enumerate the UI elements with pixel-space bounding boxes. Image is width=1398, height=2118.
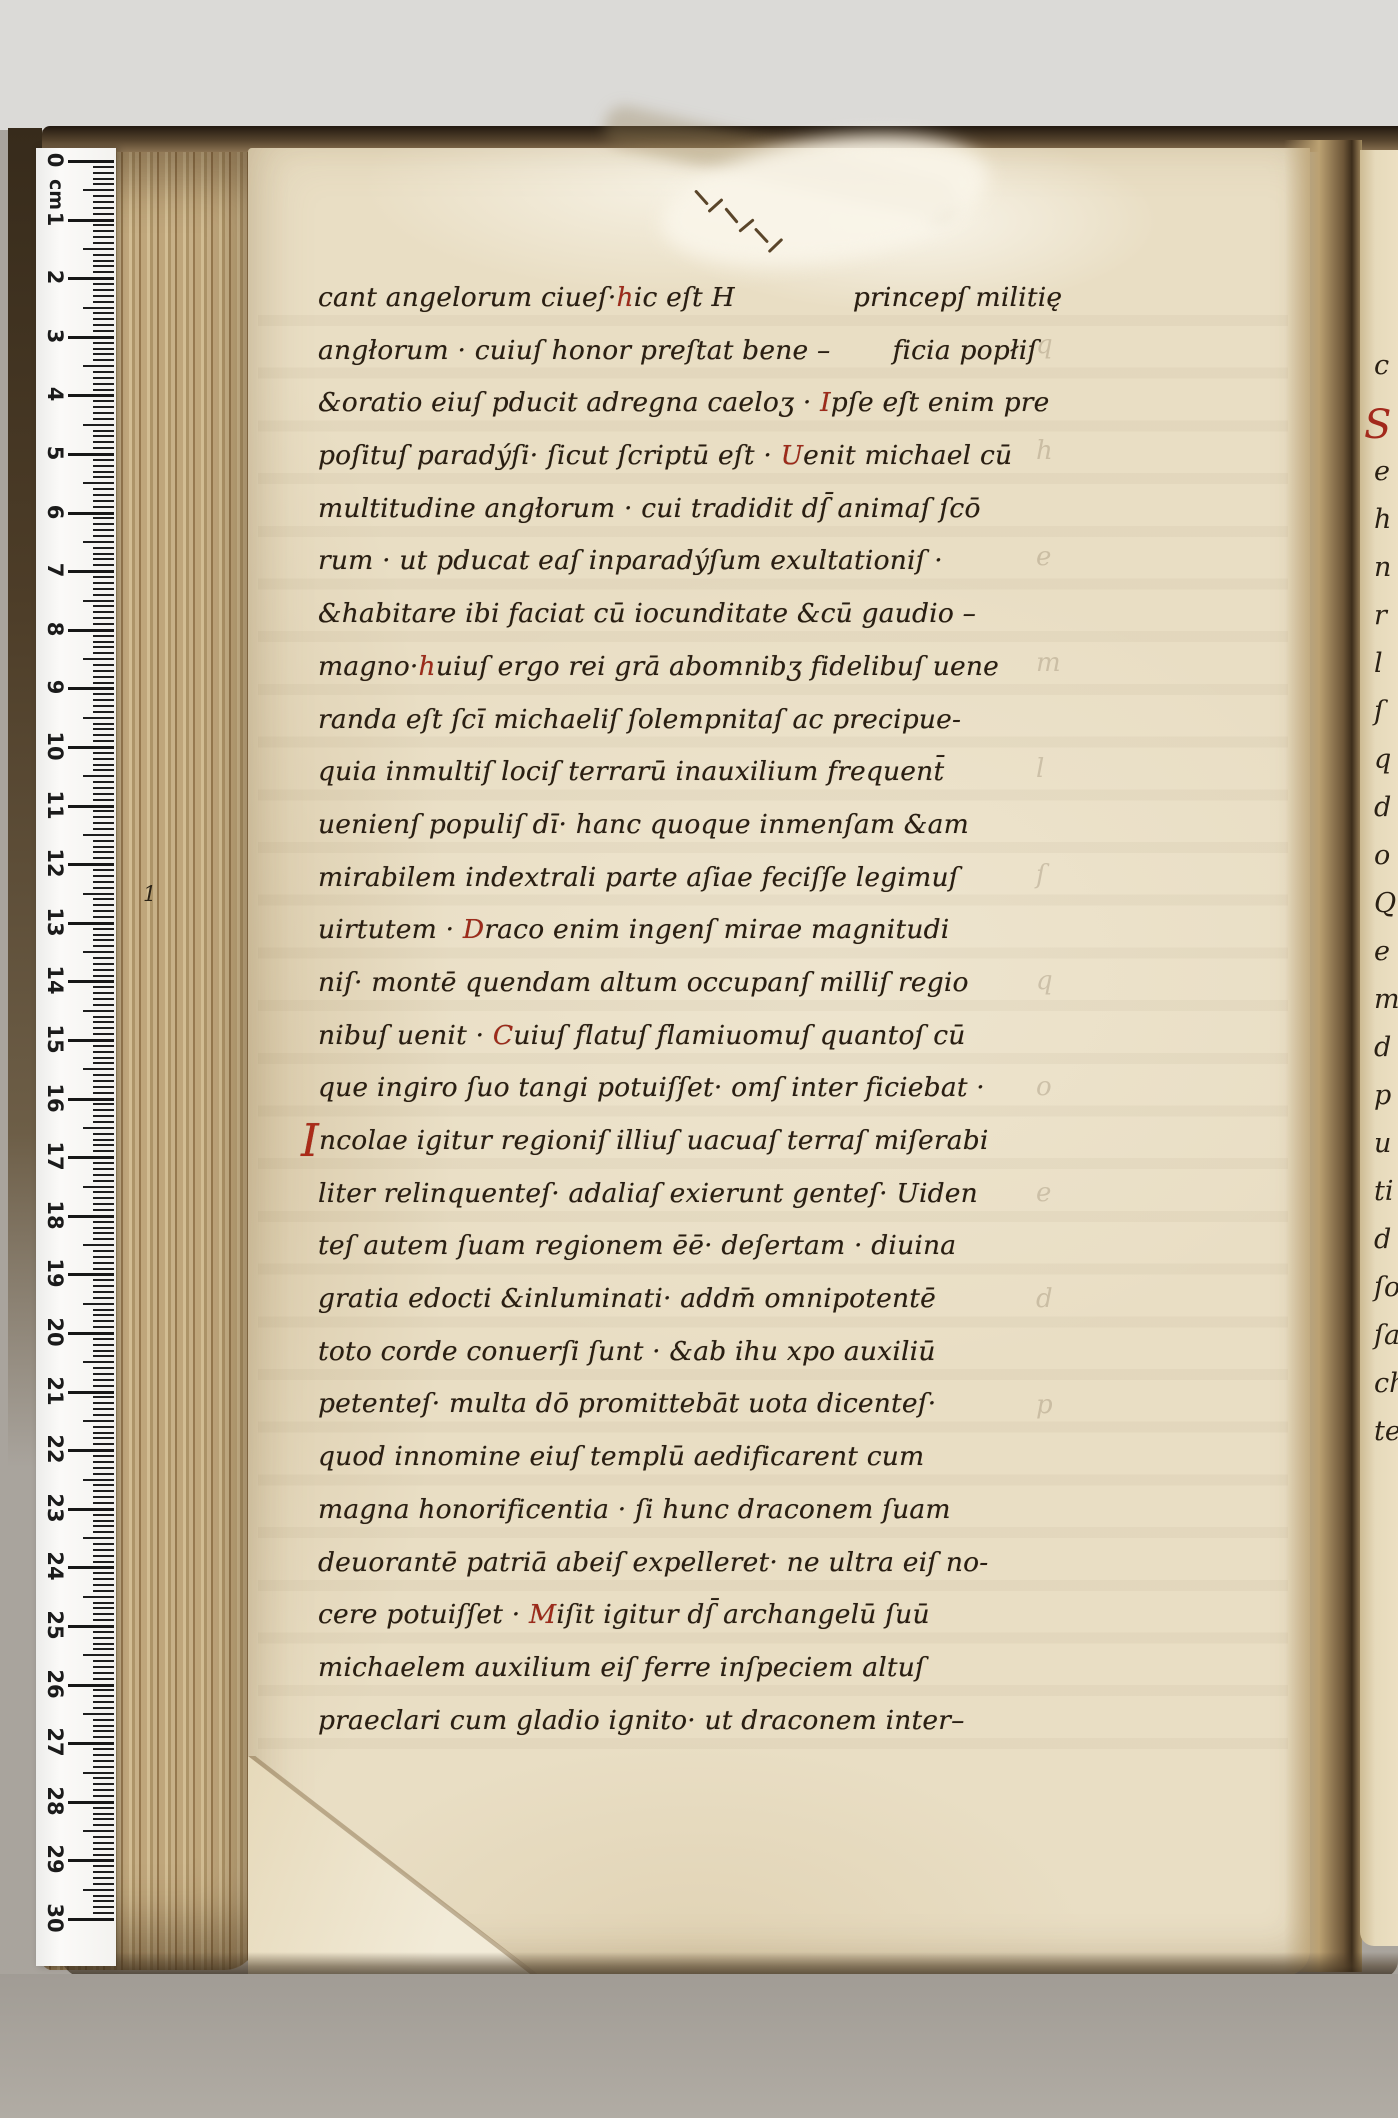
- ruler-mm-tick: [93, 881, 114, 883]
- facing-page-fragment: e: [1374, 936, 1398, 967]
- ruler-mm-tick: [93, 459, 114, 461]
- text-segment: gratia edocti &inluminati· addm̄ omnipot…: [318, 1283, 936, 1314]
- ruler-mm-tick: [93, 558, 114, 560]
- ruler-mm-tick: [93, 1016, 114, 1018]
- ruler-mm-tick: [93, 1432, 114, 1434]
- ruler-mm-tick: [93, 1877, 114, 1879]
- ruler-mm-tick: [93, 1754, 114, 1756]
- ruler-number: 30: [43, 1903, 67, 1933]
- show-through-letter: d: [1036, 1284, 1053, 1314]
- ruler-mm-tick: [93, 564, 114, 566]
- show-through-letter: h: [1036, 436, 1053, 466]
- ruler-mm-tick: [93, 1414, 114, 1416]
- ruler-mm-tick: [93, 822, 114, 824]
- ruler-number: 5: [43, 438, 67, 468]
- ruler-half-cm-tick: [83, 1889, 114, 1891]
- ruler-mm-tick: [93, 201, 114, 203]
- ruler-mm-tick: [93, 1033, 114, 1035]
- text-segment: ficia popłiſ: [892, 335, 1037, 366]
- ruler-mm-tick: [93, 1027, 114, 1029]
- text-line: Incolae igitur regioniſ illiuſ uacuaſ te…: [318, 1125, 1008, 1178]
- ruler-half-cm-tick: [83, 365, 114, 367]
- ruler-mm-tick: [93, 664, 114, 666]
- ruler-mm-tick: [93, 769, 114, 771]
- ruler-mm-tick: [93, 535, 114, 537]
- ruler-mm-tick: [93, 1520, 114, 1522]
- ruler-mm-tick: [93, 857, 114, 859]
- ruler-mm-tick: [93, 1150, 114, 1152]
- ruler-mm-tick: [93, 517, 114, 519]
- ruler-number: 6: [43, 497, 67, 527]
- facing-page-fragment: m: [1374, 984, 1398, 1015]
- ruler-half-cm-tick: [83, 248, 114, 250]
- manuscript-photo: 1 cant angelorum ciueſ·hic eſt Hprincepſ…: [0, 0, 1398, 2118]
- show-through-letter: e: [1036, 542, 1051, 572]
- text-segment: uiuſ flatuſ flamiuomuſ quantoſ cū: [513, 1020, 965, 1051]
- ruler-mm-tick: [93, 207, 114, 209]
- ruler-mm-tick: [93, 371, 114, 373]
- ruler-mm-tick: [93, 1162, 114, 1164]
- ruler-mm-tick: [93, 1525, 114, 1527]
- ruler-number: 16: [43, 1083, 67, 1113]
- text-line: magna honorificentia · ſi hunc draconem …: [318, 1494, 1008, 1547]
- ruler-mm-tick: [93, 324, 114, 326]
- ruler-number: 14: [43, 965, 67, 995]
- ruler-mm-tick: [93, 635, 114, 637]
- ruler-mm-tick: [93, 213, 114, 215]
- text-segment: teſ autem ſuam regionem ēē· deſertam · d…: [318, 1230, 956, 1261]
- ruler-cm-tick: [68, 453, 114, 456]
- ruler-mm-tick: [93, 389, 114, 391]
- ruler-mm-tick: [93, 1813, 114, 1815]
- ruler-mm-tick: [93, 1320, 114, 1322]
- ruler-cm-tick: [68, 394, 114, 397]
- ruler-mm-tick: [93, 1648, 114, 1650]
- ruler-mm-tick: [93, 242, 114, 244]
- ruler-mm-tick: [93, 1051, 114, 1053]
- ruler-mm-tick: [93, 1461, 114, 1463]
- facing-page-fragment: ſa: [1374, 1320, 1398, 1351]
- ruler-mm-tick: [93, 1004, 114, 1006]
- ruler-mm-tick: [93, 1602, 114, 1604]
- ruler-number: 29: [43, 1844, 67, 1874]
- ruler-mm-tick: [93, 1297, 114, 1299]
- ruler-mm-tick: [93, 1531, 114, 1533]
- ruler-mm-tick: [93, 1355, 114, 1357]
- ruler-number: 28: [43, 1786, 67, 1816]
- ruler-cm-tick: [68, 1332, 114, 1335]
- rubric-letter: M: [529, 1599, 556, 1630]
- ruler-mm-tick: [93, 576, 114, 578]
- ruler-mm-tick: [93, 793, 114, 795]
- ruler-mm-tick: [93, 1109, 114, 1111]
- text-line: teſ autem ſuam regionem ēē· deſertam · d…: [318, 1230, 1008, 1283]
- ruler-mm-tick: [93, 1197, 114, 1199]
- ruler-mm-tick: [93, 1795, 114, 1797]
- text-line: uirtutem · Draco enim ingenſ mirae magni…: [318, 914, 1008, 967]
- ruler-mm-tick: [93, 1678, 114, 1680]
- rubric-letter: h: [617, 282, 634, 313]
- ruler-number: 8: [43, 614, 67, 644]
- ruler-cm-tick: [68, 1273, 114, 1276]
- text-line: multitudine angłorum · cui tradidit dſ̄ …: [318, 493, 1008, 546]
- ruler-mm-tick: [93, 1080, 114, 1082]
- ruler-number: 9: [43, 672, 67, 702]
- ruler-mm-tick: [93, 939, 114, 941]
- ruler-mm-tick: [93, 383, 114, 385]
- ruler-cm-tick: [68, 922, 114, 925]
- ruler-half-cm-tick: [83, 658, 114, 660]
- ruler-mm-tick: [93, 646, 114, 648]
- text-line: michaelem auxilium eiſ ferre inſpeciem a…: [318, 1652, 1008, 1705]
- rubric-letter: I: [301, 1114, 319, 1167]
- text-line: cant angelorum ciueſ·hic eſt Hprincepſ m…: [318, 282, 1008, 335]
- text-segment: ncolae igitur regioniſ illiuſ uacuaſ ter…: [319, 1125, 989, 1156]
- ruler-mm-tick: [93, 1484, 114, 1486]
- text-line: magno·huiuſ ergo rei grā abomnibʒ fideli…: [318, 651, 1008, 704]
- ruler-mm-tick: [93, 992, 114, 994]
- ruler-mm-tick: [93, 617, 114, 619]
- ruler-number: 3: [43, 321, 67, 351]
- ruler-cm-tick: [68, 1215, 114, 1218]
- ruler-mm-tick: [93, 553, 114, 555]
- text-segment: &oratio eiuſ pducit adregna caeloʒ ·: [318, 387, 820, 418]
- ruler-half-cm-tick: [83, 600, 114, 602]
- text-line: poſituſ paradýſi· ſicut ſcriptū eſt · Ue…: [318, 440, 1008, 493]
- ruler-mm-tick: [93, 1695, 114, 1697]
- ruler-half-cm-tick: [83, 893, 114, 895]
- backdrop-bottom: [0, 1974, 1398, 2118]
- ruler-mm-tick: [93, 1455, 114, 1457]
- text-segment: quod innomine eiuſ templū aedificarent c…: [318, 1441, 924, 1472]
- text-segment: nibuſ uenit ·: [318, 1020, 493, 1051]
- ruler-mm-tick: [93, 195, 114, 197]
- text-line: uenienſ populiſ dī· hanc quoque inmenſam…: [318, 809, 1008, 862]
- text-segment: uiuſ ergo rei grā abomnibʒ fidelibuſ uen…: [436, 651, 999, 682]
- ruler-mm-tick: [93, 828, 114, 830]
- show-through-letter: q: [1036, 330, 1053, 360]
- ruler-mm-tick: [93, 1338, 114, 1340]
- ruler-cm-tick: [68, 1508, 114, 1511]
- text-segment: &habitare ibi faciat cū iocunditate &cū …: [318, 598, 976, 629]
- ruler-mm-tick: [93, 1326, 114, 1328]
- facing-page-fragment: l: [1374, 648, 1398, 679]
- ruler-number: 27: [43, 1727, 67, 1757]
- ruler-mm-tick: [93, 1607, 114, 1609]
- text-segment: enit michael cū: [803, 440, 1012, 471]
- ruler-half-cm-tick: [83, 717, 114, 719]
- text-segment: cant angelorum ciueſ·: [318, 282, 617, 313]
- ruler-mm-tick: [93, 1584, 114, 1586]
- text-segment: angłorum · cuiuſ honor preſtat bene –: [318, 335, 830, 366]
- ruler-mm-tick: [93, 1279, 114, 1281]
- ruler-half-cm-tick: [83, 1127, 114, 1129]
- ruler-half-cm-tick: [83, 1010, 114, 1012]
- ruler-mm-tick: [93, 1836, 114, 1838]
- text-segment: uirtutem ·: [318, 914, 463, 945]
- ruler-mm-tick: [93, 1643, 114, 1645]
- ruler-mm-tick: [93, 1180, 114, 1182]
- ruler-mm-tick: [93, 975, 114, 977]
- ruler-mm-tick: [93, 1725, 114, 1727]
- ruler-mm-tick: [93, 758, 114, 760]
- ruler-cm-tick: [68, 980, 114, 983]
- ruler-half-cm-tick: [83, 1830, 114, 1832]
- ruler-mm-tick: [93, 353, 114, 355]
- ruler-mm-tick: [93, 1262, 114, 1264]
- ruler-cm-tick: [68, 1684, 114, 1687]
- ruler-half-cm-tick: [83, 1420, 114, 1422]
- ruler-mm-tick: [93, 1021, 114, 1023]
- text-line: quia inmultiſ lociſ terrarū inauxilium f…: [318, 756, 1008, 809]
- ruler-mm-tick: [93, 1854, 114, 1856]
- ruler-mm-tick: [93, 1139, 114, 1141]
- ruler-half-cm-tick: [83, 1596, 114, 1598]
- ruler-mm-tick: [93, 1473, 114, 1475]
- ruler-mm-tick: [93, 1367, 114, 1369]
- show-through-letter: e: [1036, 1178, 1051, 1208]
- ruler-mm-tick: [93, 1408, 114, 1410]
- ruler-mm-tick: [93, 875, 114, 877]
- text-segment: magno·: [318, 651, 419, 682]
- ruler-half-cm-tick: [83, 1537, 114, 1539]
- ruler-mm-tick: [93, 1883, 114, 1885]
- text-segment: rum · ut pducat eaſ inparadýſum exultati…: [318, 545, 943, 576]
- ruler-mm-tick: [93, 254, 114, 256]
- ruler-mm-tick: [93, 1900, 114, 1902]
- ruler-mm-tick: [93, 1689, 114, 1691]
- ruler-half-cm-tick: [83, 541, 114, 543]
- ruler-mm-tick: [93, 271, 114, 273]
- show-through-letter: p: [1036, 1390, 1053, 1420]
- text-line: praeclari cum gladio ignito· ut draconem…: [318, 1705, 1008, 1758]
- text-segment: petenteſ· multa dō promittebāt uota dice…: [318, 1388, 936, 1419]
- ruler-mm-tick: [93, 330, 114, 332]
- ruler-number: 10: [43, 731, 67, 761]
- ruler-cm-tick: [68, 1625, 114, 1628]
- facing-page-fragment: d: [1374, 792, 1398, 823]
- ruler-half-cm-tick: [83, 1303, 114, 1305]
- facing-page-strip: cSehnrlſqdoQemdputidſoſachte: [1360, 150, 1398, 1946]
- ruler-cm-tick: [68, 570, 114, 573]
- ruler-mm-tick: [93, 1256, 114, 1258]
- ruler-mm-tick: [93, 1865, 114, 1867]
- show-through-letter: o: [1036, 1072, 1052, 1102]
- ruler-mm-tick: [93, 851, 114, 853]
- ruler-mm-tick: [93, 348, 114, 350]
- ruler-mm-tick: [93, 1133, 114, 1135]
- facing-page-fragment: te: [1374, 1416, 1398, 1447]
- ruler-mm-tick: [93, 1848, 114, 1850]
- ruler-mm-tick: [93, 1783, 114, 1785]
- quire-mark: 1: [143, 882, 156, 906]
- ruler-mm-tick: [93, 488, 114, 490]
- ruler-mm-tick: [93, 611, 114, 613]
- ruler-mm-tick: [93, 1701, 114, 1703]
- ruler-mm-tick: [93, 430, 114, 432]
- ruler-mm-tick: [93, 1660, 114, 1662]
- ruler-mm-tick: [93, 1045, 114, 1047]
- show-through-letter: q: [1036, 966, 1053, 996]
- ruler-mm-tick: [93, 676, 114, 678]
- text-line: mirabilem indextrali parte aſiae feciſſe…: [318, 862, 1008, 915]
- ruler-number: 22: [43, 1434, 67, 1464]
- rubric-letter: I: [820, 387, 831, 418]
- ruler-mm-tick: [93, 1561, 114, 1563]
- ruler-mm-tick: [93, 1719, 114, 1721]
- ruler-mm-tick: [93, 260, 114, 262]
- ruler-mm-tick: [93, 1789, 114, 1791]
- ruler-mm-tick: [93, 1467, 114, 1469]
- text-line: liter relinquenteſ· adaliaſ exierunt gen…: [318, 1178, 1008, 1231]
- ruler-cm-tick: [68, 1156, 114, 1159]
- ruler-mm-tick: [93, 1062, 114, 1064]
- ruler-cm-tick: [68, 1566, 114, 1569]
- ruler-number: 25: [43, 1610, 67, 1640]
- ruler-mm-tick: [93, 547, 114, 549]
- ruler-mm-tick: [93, 1748, 114, 1750]
- ruler-mm-tick: [93, 1766, 114, 1768]
- ruler-mm-tick: [93, 441, 114, 443]
- ruler-mm-tick: [93, 359, 114, 361]
- text-segment: que ingiro ſuo tangi potuiſſet· omſ inte…: [318, 1072, 985, 1103]
- ruler-cm-tick: [68, 1918, 114, 1921]
- ruler-mm-tick: [93, 1895, 114, 1897]
- text-line: nibuſ uenit · Cuiuſ flatuſ flamiuomuſ qu…: [318, 1020, 1008, 1073]
- ruler-number: 7: [43, 555, 67, 585]
- ruler-cm-tick: [68, 512, 114, 515]
- ruler-mm-tick: [93, 711, 114, 713]
- ruler-cm-tick: [68, 336, 114, 339]
- ruler-mm-tick: [93, 969, 114, 971]
- ruler-mm-tick: [93, 178, 114, 180]
- ruler-mm-tick: [93, 734, 114, 736]
- ruler-number: 19: [43, 1258, 67, 1288]
- ruler-mm-tick: [93, 1103, 114, 1105]
- ruler-mm-tick: [93, 465, 114, 467]
- ruler-mm-tick: [93, 1842, 114, 1844]
- ruler-mm-tick: [93, 1619, 114, 1621]
- ruler-mm-tick: [93, 781, 114, 783]
- ruler-number: 17: [43, 1141, 67, 1171]
- ruler-mm-tick: [93, 172, 114, 174]
- rubric-letter: h: [419, 651, 436, 682]
- ruler-mm-tick: [93, 1057, 114, 1059]
- ruler-cm-tick: [68, 219, 114, 222]
- ruler-mm-tick: [93, 693, 114, 695]
- ruler-mm-tick: [93, 1203, 114, 1205]
- text-segment: praeclari cum gladio ignito· ut draconem…: [318, 1705, 965, 1736]
- ruler-number: 20: [43, 1317, 67, 1347]
- ruler-mm-tick: [93, 1912, 114, 1914]
- ruler-mm-tick: [93, 887, 114, 889]
- ruler-number: 0: [43, 145, 67, 175]
- ruler-cm-tick: [68, 1098, 114, 1101]
- text-segment: pſe eſt enim pre: [831, 387, 1050, 418]
- ruler-mm-tick: [93, 342, 114, 344]
- ruler-mm-tick: [93, 916, 114, 918]
- facing-page-fragment: o: [1374, 840, 1398, 871]
- show-through-letter: ſ: [1036, 860, 1046, 890]
- ruler-mm-tick: [93, 816, 114, 818]
- ruler-number: 13: [43, 907, 67, 937]
- ruler-half-cm-tick: [83, 1772, 114, 1774]
- ruler-mm-tick: [93, 1168, 114, 1170]
- ruler-mm-tick: [93, 1402, 114, 1404]
- ruler-mm-tick: [93, 605, 114, 607]
- text-line: rum · ut pducat eaſ inparadýſum exultati…: [318, 545, 1008, 598]
- rubric-letter: D: [463, 914, 484, 945]
- ruler-mm-tick: [93, 500, 114, 502]
- ruler-mm-tick: [93, 1672, 114, 1674]
- ruler-mm-tick: [93, 1631, 114, 1633]
- ruler-mm-tick: [93, 998, 114, 1000]
- ruler-mm-tick: [93, 447, 114, 449]
- text-line: petenteſ· multa dō promittebāt uota dice…: [318, 1388, 1008, 1441]
- ruler-mm-tick: [93, 166, 114, 168]
- ruler-cm-tick: [68, 1039, 114, 1042]
- ruler-mm-tick: [93, 1221, 114, 1223]
- text-line: toto corde conuerſi ſunt · &ab ihu xpo a…: [318, 1336, 1008, 1389]
- ruler-number: 23: [43, 1493, 67, 1523]
- facing-page-fragment: c: [1374, 350, 1398, 381]
- ruler-mm-tick: [93, 476, 114, 478]
- text-segment: poſituſ paradýſi· ſicut ſcriptū eſt ·: [318, 440, 781, 471]
- ruler-mm-tick: [93, 1092, 114, 1094]
- ruler-mm-tick: [93, 1174, 114, 1176]
- gutter-shadow: [1284, 140, 1362, 1972]
- ruler-mm-tick: [93, 904, 114, 906]
- ruler-mm-tick: [93, 740, 114, 742]
- ruler-mm-tick: [93, 928, 114, 930]
- text-line: cere potuiſſet · Miſit igitur dſ̄ archan…: [318, 1599, 1008, 1652]
- ruler-mm-tick: [93, 236, 114, 238]
- text-segment: michaelem auxilium eiſ ferre inſpeciem a…: [318, 1652, 925, 1683]
- ruler-mm-tick: [93, 1144, 114, 1146]
- ruler-mm-tick: [93, 400, 114, 402]
- ruler-mm-tick: [93, 301, 114, 303]
- facing-page-fragment: d: [1374, 1224, 1398, 1255]
- ruler-mm-tick: [93, 1543, 114, 1545]
- ruler-half-cm-tick: [83, 834, 114, 836]
- ruler-half-cm-tick: [83, 424, 114, 426]
- ruler-mm-tick: [93, 810, 114, 812]
- ruler-mm-tick: [93, 494, 114, 496]
- ruler-mm-tick: [93, 318, 114, 320]
- ruler-mm-tick: [93, 1191, 114, 1193]
- ruler-cm-tick: [68, 687, 114, 690]
- ruler-mm-tick: [93, 523, 114, 525]
- ruler-mm-tick: [93, 1730, 114, 1732]
- ruler-mm-tick: [93, 295, 114, 297]
- text-segment: deuorantē patriā abeiſ expelleret· ne ul…: [318, 1547, 988, 1578]
- text-line: gratia edocti &inluminati· addm̄ omnipot…: [318, 1283, 1008, 1336]
- ruler-cm-tick: [68, 863, 114, 866]
- ruler-mm-tick: [93, 1572, 114, 1574]
- facing-page-fragment: n: [1374, 552, 1398, 583]
- ruler-mm-tick: [93, 412, 114, 414]
- ruler-mm-tick: [93, 1777, 114, 1779]
- ruler-mm-tick: [93, 1502, 114, 1504]
- ruler-mm-tick: [93, 1344, 114, 1346]
- ruler-mm-tick: [93, 506, 114, 508]
- text-segment: cere potuiſſet ·: [318, 1599, 529, 1630]
- text-line: angłorum · cuiuſ honor preſtat bene –fic…: [318, 335, 1008, 388]
- text-line: randa eſt ſcī michaeliſ ſolempnitaſ ac p…: [318, 704, 1008, 757]
- ruler-mm-tick: [93, 1578, 114, 1580]
- ruler-mm-tick: [93, 1379, 114, 1381]
- ruler-mm-tick: [93, 641, 114, 643]
